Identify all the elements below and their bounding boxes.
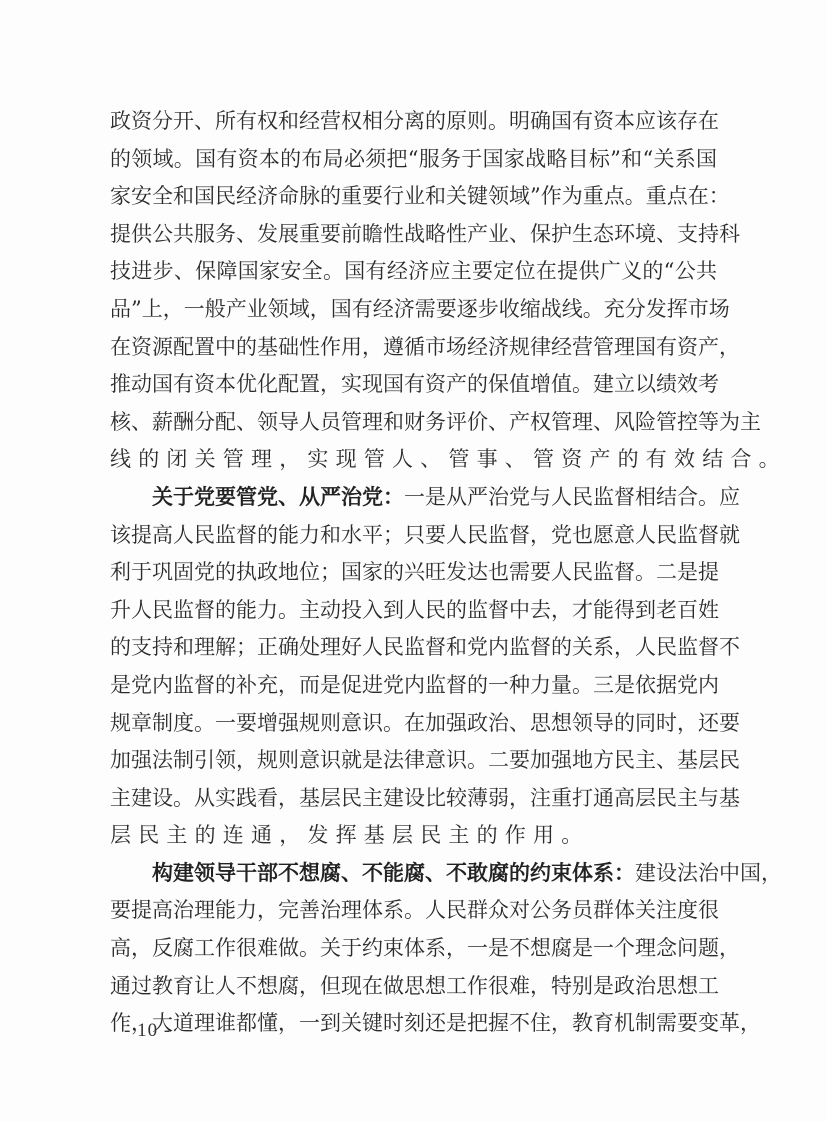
section-heading: 构建领导干部不想腐、不能腐、不敢腐的约束体系：: [152, 861, 635, 885]
text-line: 品”上，一般产业领域，国有经济需要逐步收缩战线。充分发挥市场: [110, 291, 717, 329]
text-line: 利于巩固党的执政地位；国家的兴旺发达也需要人民监督。二是提: [110, 554, 717, 592]
text-line: 政资分开、所有权和经营权相分离的原则。明确国有资本应该存在: [110, 103, 717, 141]
text-line: 层民主的连通，发挥基层民主的作用。: [110, 817, 717, 855]
text-line: 通过教育让人不想腐，但现在做思想工作很难，特别是政治思想工: [110, 968, 717, 1006]
text-line: 是党内监督的补充，而是促进党内监督的一种力量。三是依据党内: [110, 667, 717, 705]
text-line: 高，反腐工作很难做。关于约束体系，一是不想腐是一个理念问题，: [110, 930, 717, 968]
document-page: 政资分开、所有权和经营权相分离的原则。明确国有资本应该存在 的领域。国有资本的布…: [0, 0, 827, 1122]
page-number: - 10 -: [124, 1020, 171, 1042]
body-text: 政资分开、所有权和经营权相分离的原则。明确国有资本应该存在 的领域。国有资本的布…: [110, 103, 717, 1043]
text-line: 推动国有资本优化配置，实现国有资产的保值增值。建立以绩效考: [110, 366, 717, 404]
text-line: 提供公共服务、发展重要前瞻性战略性产业、保护生态环境、支持科: [110, 216, 717, 254]
text-span: 建设法治中国，: [635, 861, 782, 885]
text-line: 作，大道理谁都懂，一到关键时刻还是把握不住，教育机制需要变革，: [110, 1005, 717, 1043]
text-span: 一是从严治党与人民监督相结合。应: [404, 485, 740, 509]
section-heading: 关于党要管党、从严治党：: [152, 485, 404, 509]
paragraph-first-line: 构建领导干部不想腐、不能腐、不敢腐的约束体系：建设法治中国，: [110, 855, 717, 893]
text-line: 家安全和国民经济命脉的重要行业和关键领域”作为重点。重点在：: [110, 178, 717, 216]
text-line: 加强法制引领，规则意识就是法律意识。二要加强地方民主、基层民: [110, 742, 717, 780]
text-line: 的领域。国有资本的布局必须把“服务于国家战略目标”和“关系国: [110, 141, 717, 179]
text-line: 的支持和理解；正确处理好人民监督和党内监督的关系，人民监督不: [110, 629, 717, 667]
text-line: 主建设。从实践看，基层民主建设比较薄弱，注重打通高层民主与基: [110, 780, 717, 818]
text-line: 核、薪酬分配、领导人员管理和财务评价、产权管理、风险管控等为主: [110, 404, 717, 442]
text-line: 要提高治理能力，完善治理体系。人民群众对公务员群体关注度很: [110, 892, 717, 930]
text-line: 在资源配置中的基础性作用，遵循市场经济规律经营管理国有资产，: [110, 329, 717, 367]
text-line: 技进步、保障国家安全。国有经济应主要定位在提供广义的“公共: [110, 253, 717, 291]
text-line: 规章制度。一要增强规则意识。在加强政治、思想领导的同时，还要: [110, 705, 717, 743]
text-line: 升人民监督的能力。主动投入到人民的监督中去，才能得到老百姓: [110, 592, 717, 630]
text-line: 该提高人民监督的能力和水平；只要人民监督，党也愿意人民监督就: [110, 517, 717, 555]
paragraph-first-line: 关于党要管党、从严治党：一是从严治党与人民监督相结合。应: [110, 479, 717, 517]
text-line: 线的闭关管理，实现管人、管事、管资产的有效结合。: [110, 441, 717, 479]
